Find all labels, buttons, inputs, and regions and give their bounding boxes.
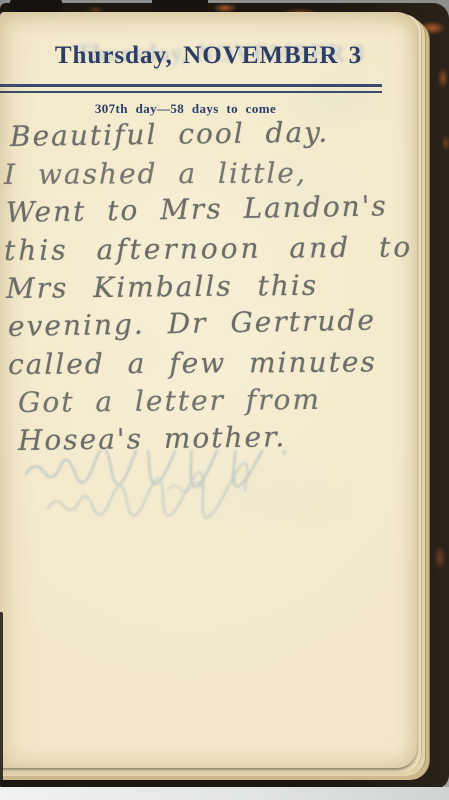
- diary-entry: Beautiful cool day. I washed a little, W…: [4, 118, 414, 460]
- ink-bleedthrough: [18, 450, 348, 536]
- scanner-background-bottom: [0, 787, 449, 800]
- entry-line: this afternoon and to: [4, 228, 414, 270]
- page-title: Thursday, NOVEMBER 3: [0, 42, 417, 70]
- entry-line: Beautiful cool day.: [10, 112, 414, 156]
- entry-line: called a few minutes: [8, 343, 414, 384]
- entry-line: Got a letter from: [18, 380, 414, 422]
- entry-line: Went to Mrs Landon's: [6, 187, 415, 232]
- entry-line: evening. Dr Gertrude: [8, 301, 415, 346]
- diary-page: Thursday, NOVEMBER 3 Thursday, NOVEMBER …: [0, 12, 417, 768]
- header-double-rule: [0, 84, 382, 93]
- cover-left-sliver: [0, 612, 3, 784]
- scanned-diary-page-photo: Thursday, NOVEMBER 3 Thursday, NOVEMBER …: [0, 0, 449, 800]
